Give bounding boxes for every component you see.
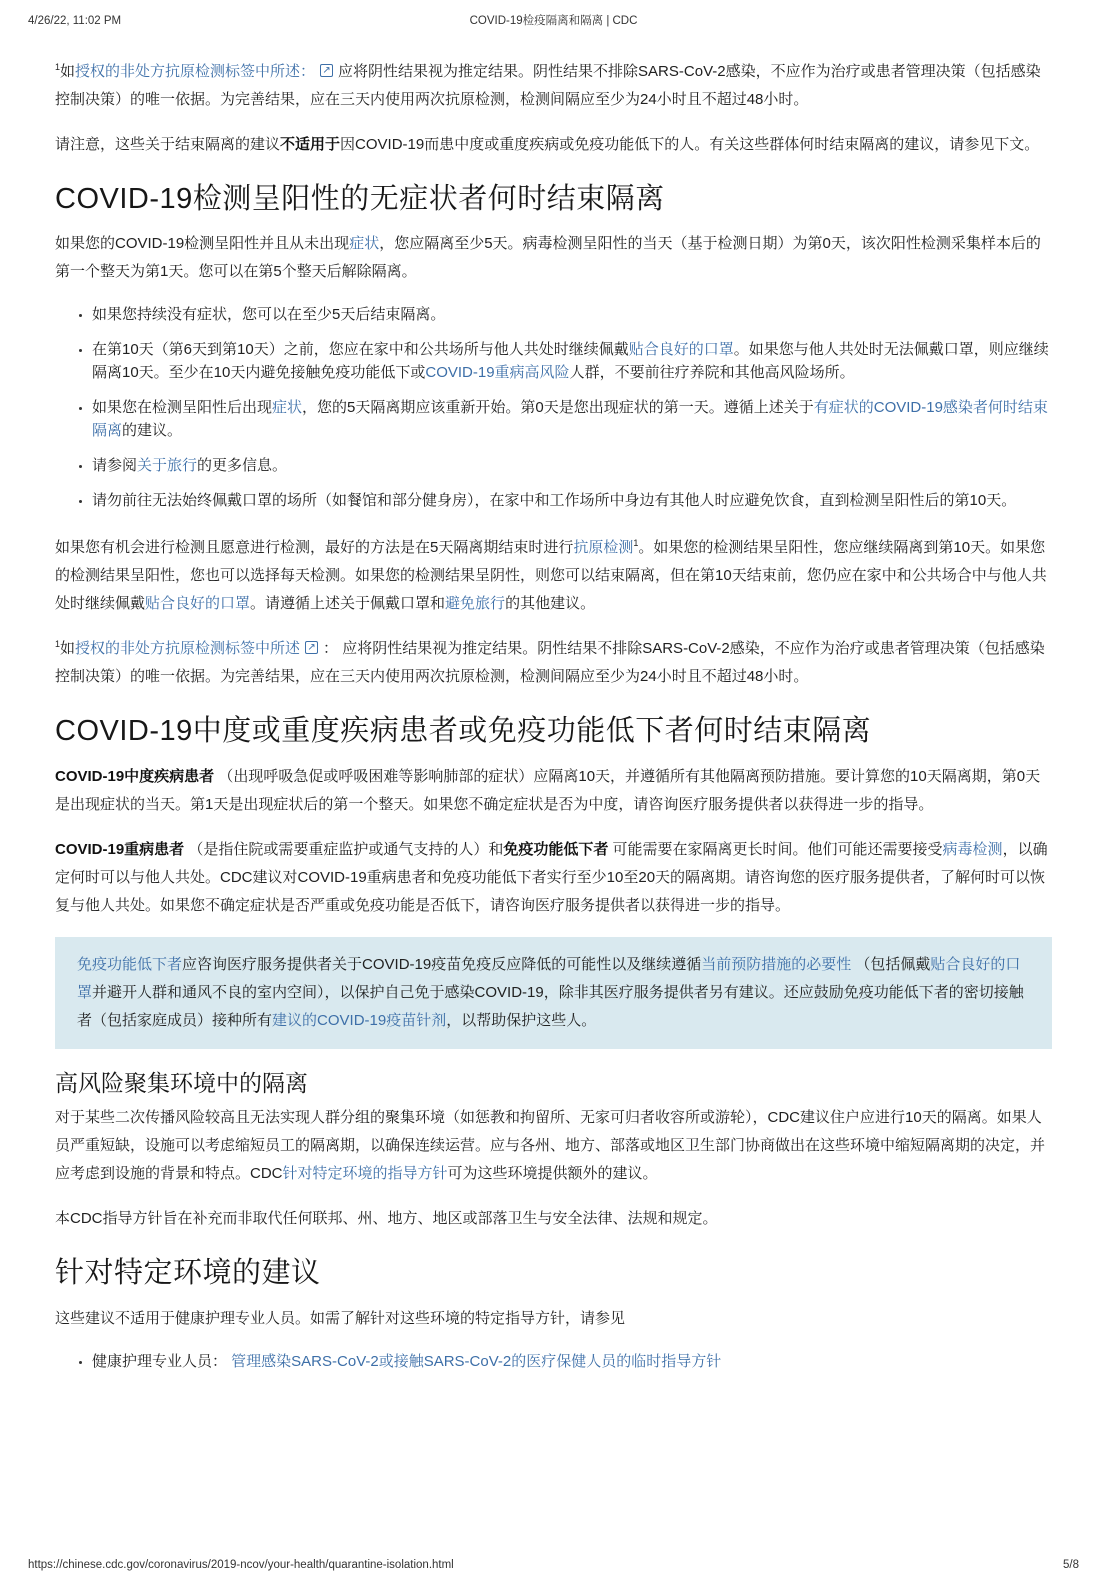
inline-link[interactable]: 症状 [349,235,379,252]
inline-link[interactable]: 授权的非处方抗原检测标签中所述： [75,63,315,80]
paragraph-moderate-illness: COVID-19中度疾病患者 （出现呼吸急促或呼吸困难等影响肺部的症状）应隔离1… [55,763,1052,819]
bold-text: 免疫功能低下者 [503,841,608,858]
list-item: 如果您持续没有症状，您可以在至少5天后结束隔离。 [92,303,1052,326]
list-item: 如果您在检测呈阳性后出现症状，您的5天隔离期应该重新开始。第0天是您出现症状的第… [92,396,1052,442]
superscript-footnote-marker: 1 [633,538,638,548]
asymptomatic-guidance-list: 如果您持续没有症状，您可以在至少5天后结束隔离。 在第10天（第6天到第10天）… [55,303,1052,512]
heading-moderate-severe-isolation: COVID-19中度或重度疾病患者或免疫功能低下者何时结束隔离 [55,713,1052,749]
inline-link[interactable]: 建议的COVID-19疫苗针剂 [272,1012,446,1029]
list-item: 在第10天（第6天到第10天）之前，您应在家中和公共场所与他人共处时继续佩戴贴合… [92,338,1052,384]
list-item: 请参阅关于旅行的更多信息。 [92,454,1052,477]
bold-text: COVID-19重病患者 [55,841,184,858]
printed-document-page: 4/26/22, 11:02 PM COVID-19检疫隔离和隔离 | CDC … [0,0,1107,1583]
print-footer: https://chinese.cdc.gov/coronavirus/2019… [28,1559,1079,1571]
inline-link[interactable]: COVID-19重病高风险 [425,364,569,381]
print-page-title: COVID-19检疫隔离和隔离 | CDC [291,12,817,28]
inline-link[interactable]: 当前预防措施的必要性 [701,956,851,973]
footnote-antigen-bottom: 1如授权的非处方抗原检测标签中所述： 应将阴性结果视为推定结果。阴性结果不排除S… [55,635,1052,691]
source-url: https://chinese.cdc.gov/coronavirus/2019… [28,1559,454,1571]
superscript-footnote-marker: 1 [55,639,60,649]
inline-link[interactable]: 管理感染SARS-CoV-2或接触SARS-CoV-2的医疗保健人员的临时指导方… [231,1353,721,1370]
inline-link[interactable]: 免疫功能低下者 [77,956,182,973]
external-link-icon [320,64,333,77]
paragraph-high-risk-settings: 对于某些二次传播风险较高且无法实现人群分组的聚集环境（如惩教和拘留所、无家可归者… [55,1104,1052,1188]
inline-link[interactable]: 病毒检测 [943,841,1003,858]
footnote-antigen-top: 1如授权的非处方抗原检测标签中所述：应将阴性结果视为推定结果。阴性结果不排除SA… [55,58,1052,114]
inline-link[interactable]: 贴合良好的口罩 [629,341,734,358]
inline-link[interactable]: 症状 [272,399,302,416]
print-datetime: 4/26/22, 11:02 PM [28,15,291,27]
page-number: 5/8 [1063,1559,1079,1571]
list-item: 健康护理专业人员： 管理感染SARS-CoV-2或接触SARS-CoV-2的医疗… [92,1350,1052,1373]
settings-list: 健康护理专业人员： 管理感染SARS-CoV-2或接触SARS-CoV-2的医疗… [55,1350,1052,1373]
bold-text: 不适用于 [280,136,340,153]
heading-high-risk-settings: 高风险聚集环境中的隔离 [55,1069,1052,1098]
paragraph-testing: 如果您有机会进行检测且愿意进行检测，最好的方法是在5天隔离期结束时进行抗原检测1… [55,534,1052,618]
inline-link[interactable]: 有症状的COVID-19感染者何时结束隔离 [92,399,1048,439]
external-link-icon [305,641,318,654]
inline-link[interactable]: 抗原检测 [573,539,633,556]
list-item: 请勿前往无法始终佩戴口罩的场所（如餐馆和部分健身房），在家中和工作场所中身边有其… [92,489,1052,512]
superscript-footnote-marker: 1 [55,62,60,72]
inline-link[interactable]: 贴合良好的口罩 [77,956,1020,1001]
print-header: 4/26/22, 11:02 PM COVID-19检疫隔离和隔离 | CDC [28,12,1079,28]
document-content: 1如授权的非处方抗原检测标签中所述：应将阴性结果视为推定结果。阴性结果不排除SA… [55,58,1052,1545]
paragraph-cdc-guidance-note: 本CDC指导方针旨在补充而非取代任何联邦、州、地方、地区或部落卫生与安全法律、法… [55,1205,1052,1233]
callout-immunocompromised: 免疫功能低下者应咨询医疗服务提供者关于COVID-19疫苗免疫反应降低的可能性以… [55,937,1052,1049]
inline-link[interactable]: 避免旅行 [445,595,505,612]
paragraph-severe-illness: COVID-19重病患者 （是指住院或需要重症监护或通气支持的人）和免疫功能低下… [55,836,1052,920]
paragraph-settings-intro: 这些建议不适用于健康护理专业人员。如需了解针对这些环境的特定指导方针，请参见 [55,1305,1052,1333]
bold-text: COVID-19中度疾病患者 [55,768,214,785]
heading-specific-settings: 针对特定环境的建议 [55,1255,1052,1291]
paragraph-asymptomatic: 如果您的COVID-19检测呈阳性并且从未出现症状，您应隔离至少5天。病毒检测呈… [55,230,1052,286]
note-not-applicable: 请注意，这些关于结束隔离的建议不适用于因COVID-19而患中度或重度疾病或免疫… [55,131,1052,159]
inline-link[interactable]: 贴合良好的口罩 [145,595,250,612]
inline-link[interactable]: 关于旅行 [137,457,197,474]
inline-link[interactable]: 授权的非处方抗原检测标签中所述 [75,640,300,657]
heading-asymptomatic-isolation: COVID-19检测呈阳性的无症状者何时结束隔离 [55,181,1052,217]
inline-link[interactable]: 针对特定环境的指导方针 [283,1165,448,1182]
